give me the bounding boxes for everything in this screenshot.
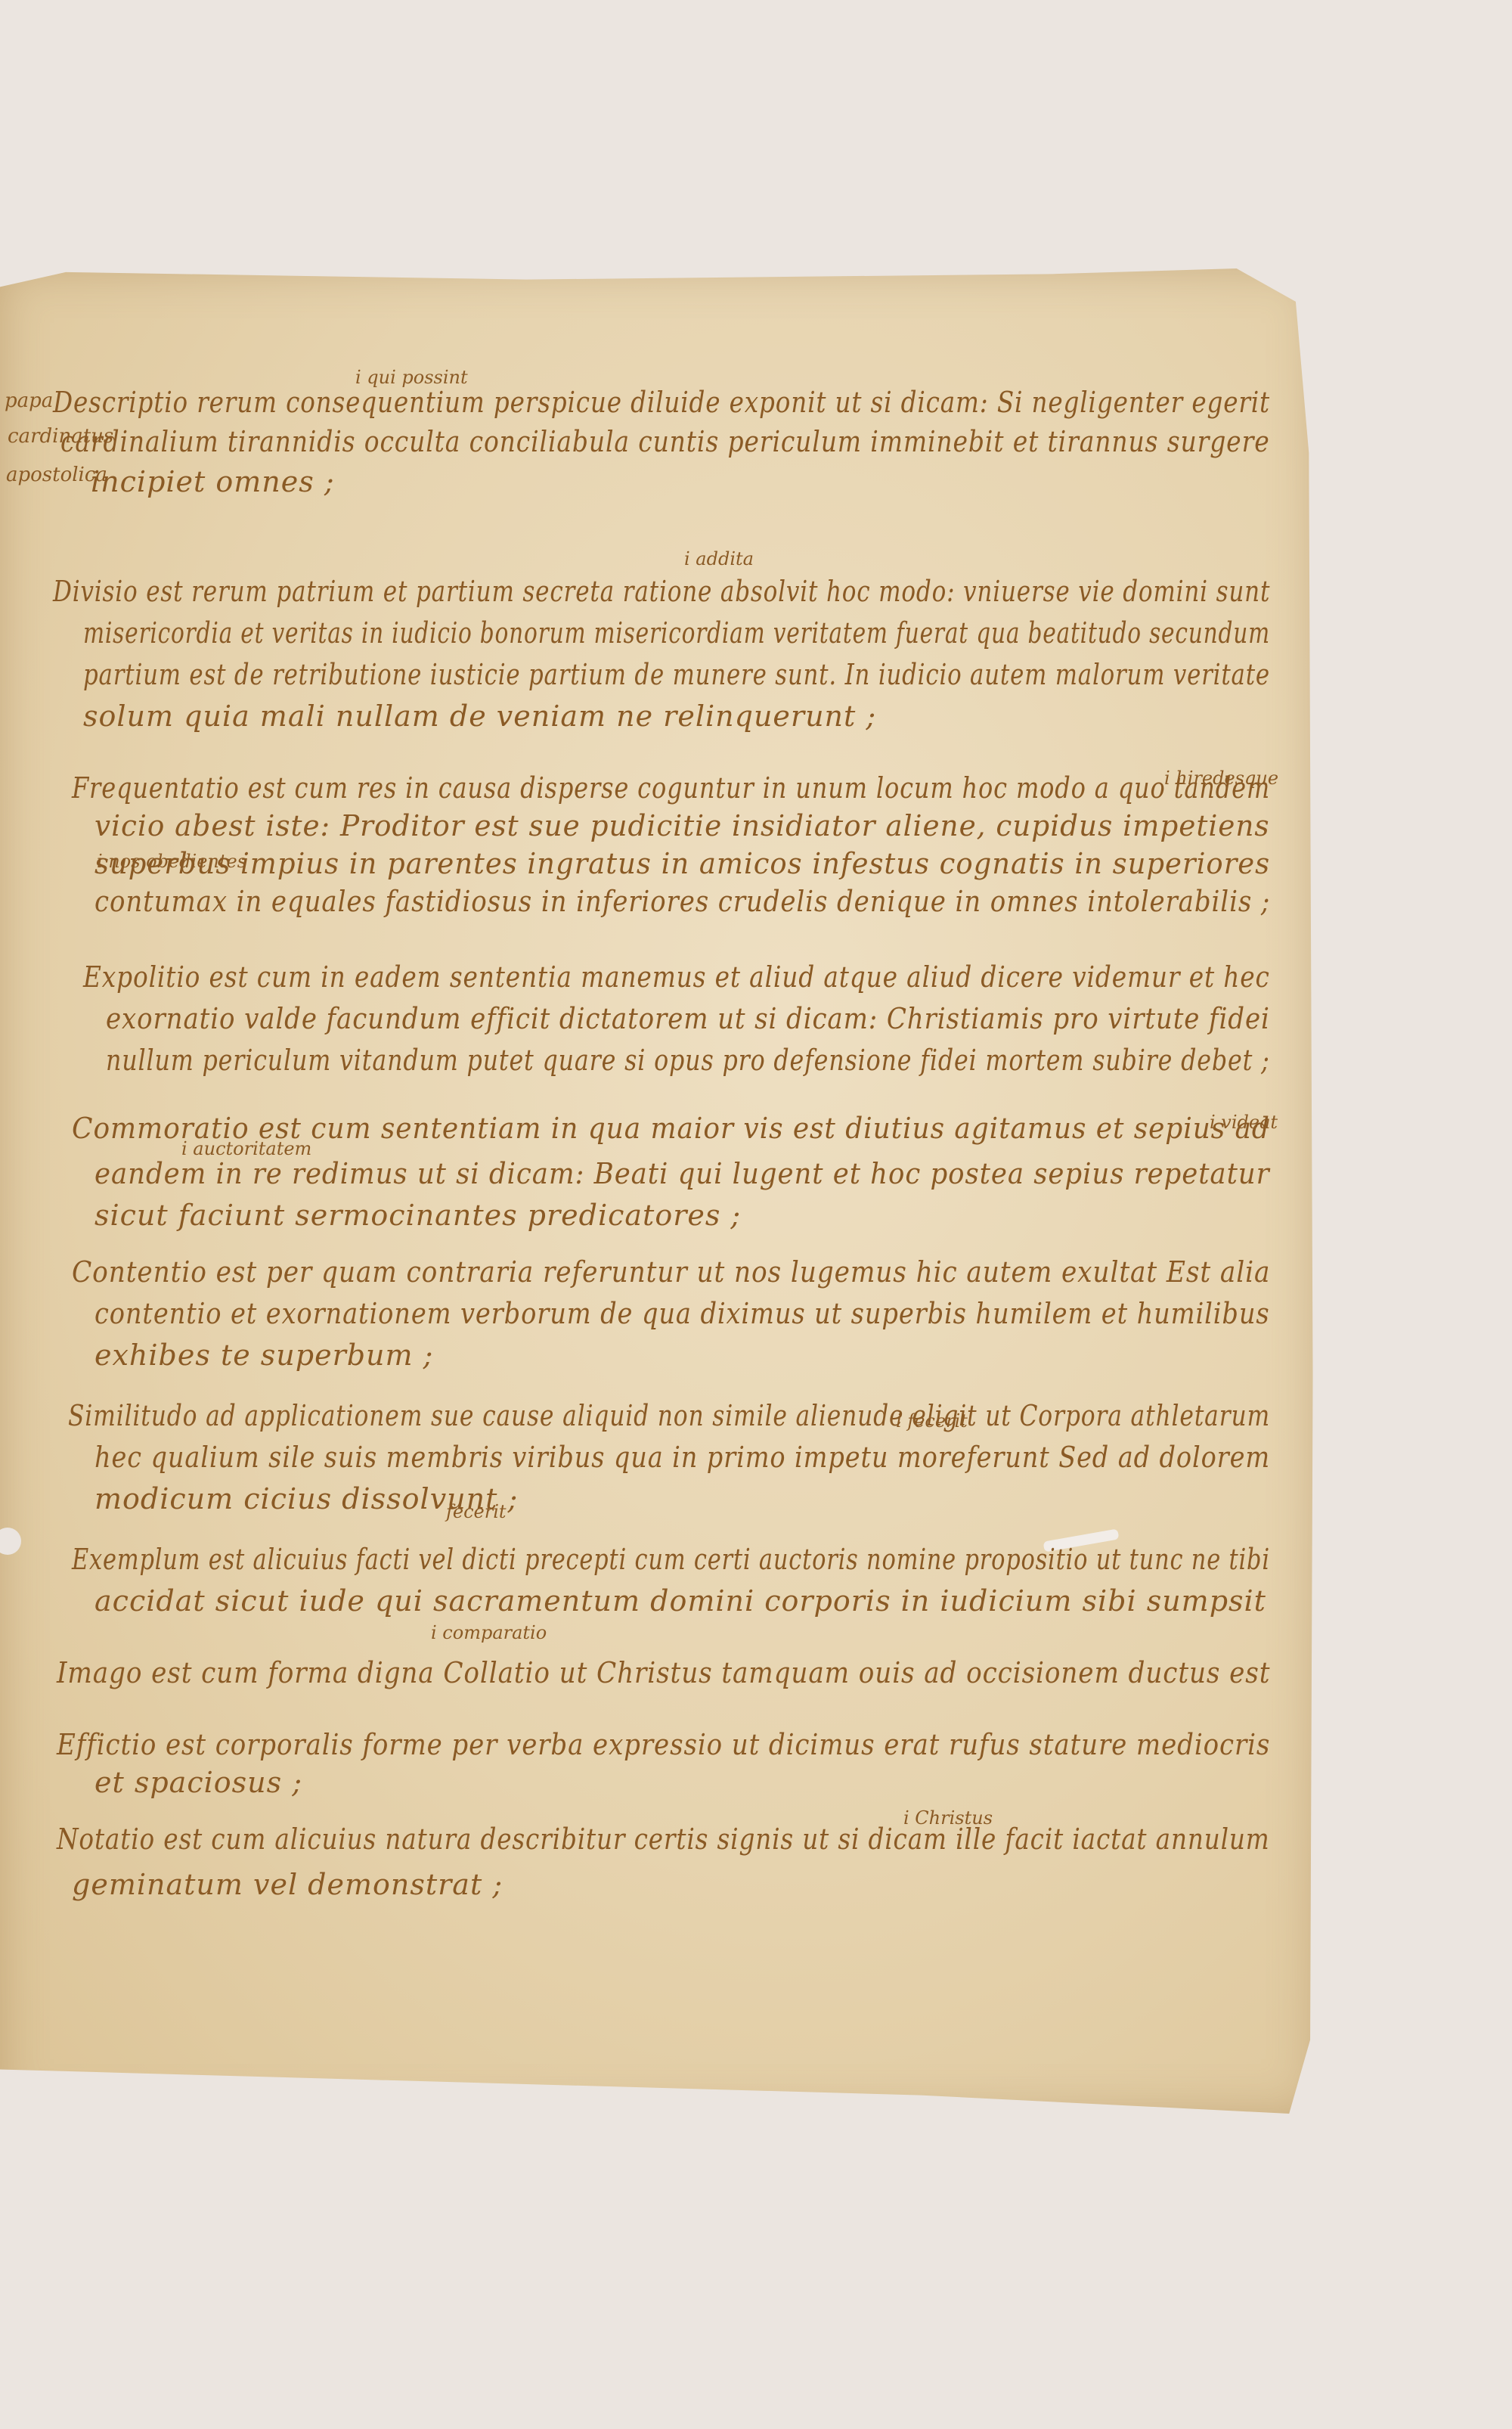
manuscript-line: geminatum vel demonstrat ; (72, 1868, 503, 1901)
margin-note: papa (5, 389, 53, 412)
interlinear-gloss: i fecerit (896, 1410, 968, 1432)
manuscript-line: contumax in equales fastidiosus in infer… (94, 885, 1270, 918)
margin-note: apostolica (6, 464, 107, 486)
manuscript-line: Contentio est per quam contraria referun… (72, 1255, 1270, 1289)
manuscript-line: eandem in re redimus ut si dicam: Beati … (94, 1157, 1270, 1190)
manuscript-line: Exemplum est alicuius facti vel dicti pr… (72, 1543, 1270, 1576)
manuscript-line: cardinalium tirannidis occulta conciliab… (60, 425, 1270, 458)
interlinear-gloss: i addita (684, 548, 754, 569)
manuscript-line: exhibes te superbum ; (94, 1339, 433, 1372)
manuscript-line: Similitudo ad applicationem sue cause al… (68, 1399, 1270, 1432)
manuscript-line: Descriptio rerum consequentium perspicue… (53, 386, 1270, 419)
interlinear-gloss: i Christus (903, 1807, 993, 1829)
manuscript-line: Imago est cum forma digna Collatio ut Ch… (57, 1656, 1270, 1689)
manuscript-line: et spaciosus ; (94, 1766, 302, 1799)
manuscript-line: contentio et exornationem verborum de qu… (94, 1297, 1270, 1330)
manuscript-line: Effictio est corporalis forme per verba … (57, 1728, 1270, 1761)
manuscript-line: partium est de retributione iusticie par… (83, 658, 1270, 691)
manuscript-line: hec qualium sile suis membris viribus qu… (94, 1441, 1270, 1474)
interlinear-gloss: i qui possint (355, 367, 468, 388)
manuscript-line: nullum periculum vitandum putet quare si… (106, 1044, 1270, 1077)
manuscript-line: solum quia mali nullam de veniam ne reli… (83, 700, 876, 733)
manuscript-line: incipiet omnes ; (91, 465, 335, 498)
interlinear-gloss: i auctoritatem (181, 1138, 311, 1159)
manuscript-line: superbus impius in parentes ingratus in … (94, 847, 1270, 880)
manuscript-line: vicio abest iste: Proditor est sue pudic… (94, 809, 1270, 842)
interlinear-gloss: i videat (1210, 1112, 1278, 1133)
interlinear-gloss: i hiredesque (1164, 768, 1278, 789)
interlinear-gloss: i comparatio (431, 1622, 547, 1643)
manuscript-line: accidat sicut iude qui sacramentum domin… (94, 1584, 1266, 1618)
manuscript-line: Notatio est cum alicuius natura describi… (57, 1823, 1270, 1856)
manuscript-line: Frequentatio est cum res in causa disper… (72, 771, 1270, 805)
interlinear-gloss: fecerit (446, 1501, 507, 1522)
manuscript-line: misericordia et veritas in iudicio bonor… (83, 616, 1270, 650)
manuscript-line: sicut faciunt sermocinantes predicatores… (94, 1199, 741, 1232)
manuscript-line: exornatio valde facundum efficit dictato… (106, 1002, 1270, 1035)
margin-note: cardinatus (8, 425, 113, 448)
interlinear-gloss: i nos obedientes (97, 851, 246, 872)
manuscript-line: Divisio est rerum patrium et partium sec… (53, 575, 1270, 608)
manuscript-line: Expolitio est cum in eadem sententia man… (83, 960, 1270, 994)
